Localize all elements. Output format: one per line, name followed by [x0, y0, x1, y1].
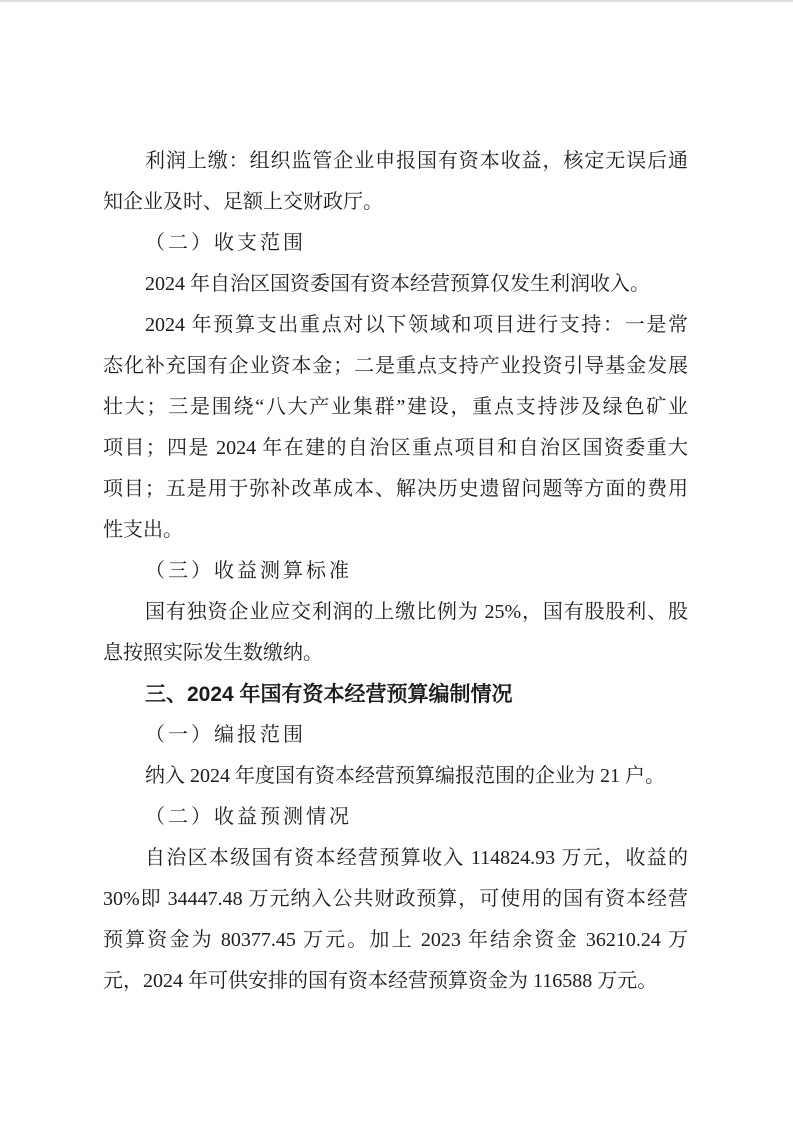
- para-budget-figures: 自治区本级国有资本经营预算收入 114824.93 万元，收益的30%即 344…: [103, 838, 688, 1002]
- text-line: 2024 年预算支出重点对以下领域和项目进行支持：一是常: [103, 305, 688, 346]
- text-line: 性支出。: [103, 510, 688, 551]
- heading-section-3-2024-budget-preparation: 三、2024 年国有资本经营预算编制情况: [103, 674, 688, 715]
- text-line: （二）收益预测情况: [103, 797, 688, 838]
- text-line: 利润上缴：组织监管企业申报国有资本收益，核定无误后通: [103, 141, 688, 182]
- text-line: 元，2024 年可供安排的国有资本经营预算资金为 116588 万元。: [103, 961, 688, 1002]
- text-line: 自治区本级国有资本经营预算收入 114824.93 万元，收益的: [103, 838, 688, 879]
- text-line: 态化补充国有企业资本金；二是重点支持产业投资引导基金发展: [103, 346, 688, 387]
- para-2024-expenditure-priorities: 2024 年预算支出重点对以下领域和项目进行支持：一是常态化补充国有企业资本金；…: [103, 305, 688, 551]
- para-remittance-ratio: 国有独资企业应交利润的上缴比例为 25%，国有股股利、股息按照实际发生数缴纳。: [103, 592, 688, 674]
- text-line: 预算资金为 80377.45 万元。加上 2023 年结余资金 36210.24…: [103, 920, 688, 961]
- text-line: （一）编报范围: [103, 715, 688, 756]
- para-enterprise-count: 纳入 2024 年度国有资本经营预算编报范围的企业为 21 户。: [103, 756, 688, 797]
- text-line: 项目；四是 2024 年在建的自治区重点项目和自治区国资委重大: [103, 428, 688, 469]
- text-line: （二）收支范围: [103, 223, 688, 264]
- text-line: 国有独资企业应交利润的上缴比例为 25%，国有股股利、股: [103, 592, 688, 633]
- text-line: 30%即 34447.48 万元纳入公共财政预算，可使用的国有资本经营: [103, 879, 688, 920]
- text-line: 2024 年自治区国资委国有资本经营预算仅发生利润收入。: [103, 264, 688, 305]
- document-page: 利润上缴：组织监管企业申报国有资本收益，核定无误后通知企业及时、足额上交财政厅。…: [0, 0, 793, 1122]
- document-body: 利润上缴：组织监管企业申报国有资本收益，核定无误后通知企业及时、足额上交财政厅。…: [103, 141, 688, 1002]
- subheading-2-income-expenditure-scope: （二）收支范围: [103, 223, 688, 264]
- subheading-3-income-calculation-standard: （三）收益测算标准: [103, 551, 688, 592]
- text-line: 项目；五是用于弥补改革成本、解决历史遗留问题等方面的费用: [103, 469, 688, 510]
- subheading-2-income-forecast: （二）收益预测情况: [103, 797, 688, 838]
- text-line: 纳入 2024 年度国有资本经营预算编报范围的企业为 21 户。: [103, 756, 688, 797]
- para-profit-remittance: 利润上缴：组织监管企业申报国有资本收益，核定无误后通知企业及时、足额上交财政厅。: [103, 141, 688, 223]
- text-line: 知企业及时、足额上交财政厅。: [103, 182, 688, 223]
- text-line: 息按照实际发生数缴纳。: [103, 633, 688, 674]
- subheading-1-reporting-scope: （一）编报范围: [103, 715, 688, 756]
- page-top-edge: [0, 0, 793, 2]
- para-2024-profit-income-only: 2024 年自治区国资委国有资本经营预算仅发生利润收入。: [103, 264, 688, 305]
- text-line: （三）收益测算标准: [103, 551, 688, 592]
- text-line: 壮大；三是围绕“八大产业集群”建设，重点支持涉及绿色矿业: [103, 387, 688, 428]
- text-line: 三、2024 年国有资本经营预算编制情况: [103, 674, 688, 715]
